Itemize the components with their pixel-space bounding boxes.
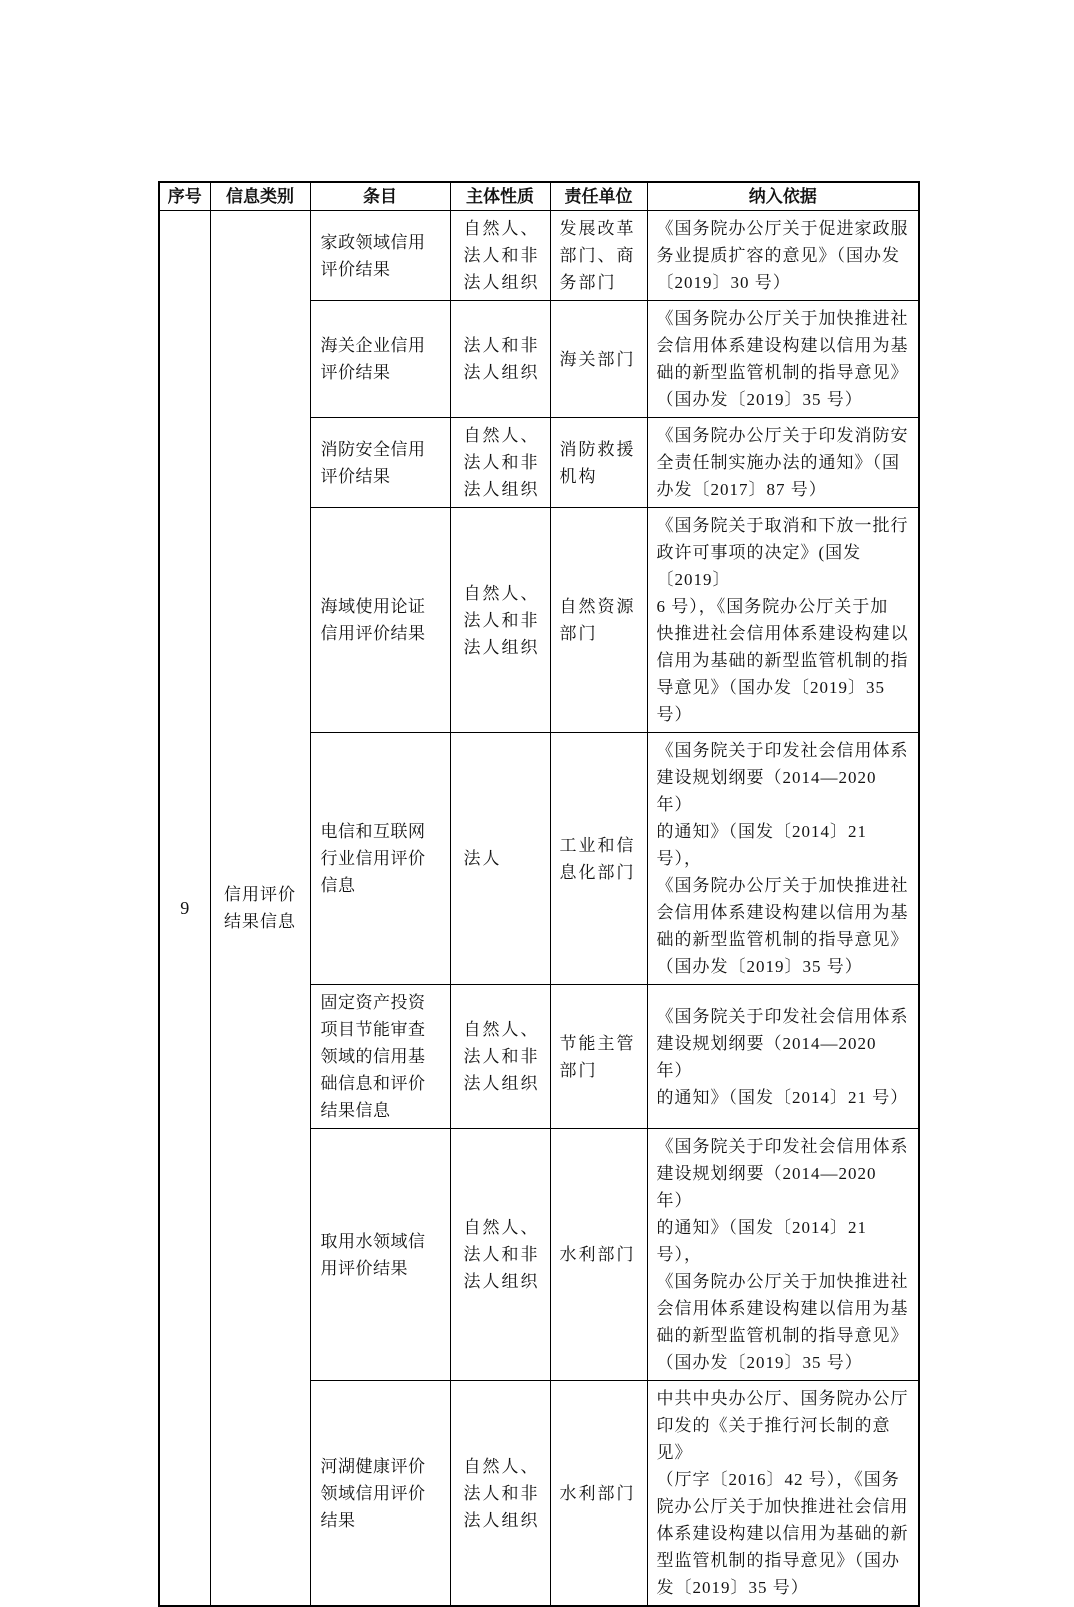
basis-cell: 《国务院关于取消和下放一批行 政许可事项的决定》(国发〔2019〕 6 号），《…: [647, 508, 919, 733]
basis-cell: 《国务院办公厅关于印发消防安 全责任制实施办法的通知》（国 办发〔2017〕87…: [647, 418, 919, 508]
basis-cell: 《国务院关于印发社会信用体系 建设规划纲要（2014—2020 年） 的通知》（…: [647, 1129, 919, 1381]
table-row: 9 信用评价 结果信息 家政领域信用 评价结果 自然人、 法人和非 法人组织 发…: [159, 211, 919, 301]
unit-cell: 水利部门: [550, 1129, 647, 1381]
item-cell: 河湖健康评价 领域信用评价 结果: [310, 1381, 450, 1607]
item-cell: 消防安全信用 评价结果: [310, 418, 450, 508]
credit-info-table-container: 序号 信息类别 条目 主体性质 责任单位 纳入依据 9 信用评价 结果信息 家政…: [158, 181, 919, 1607]
col-header-serial: 序号: [159, 182, 210, 211]
unit-cell: 节能主管 部门: [550, 985, 647, 1129]
unit-cell: 海关部门: [550, 301, 647, 418]
col-header-responsible-unit: 责任单位: [550, 182, 647, 211]
col-header-subject-type: 主体性质: [450, 182, 550, 211]
item-cell: 海关企业信用 评价结果: [310, 301, 450, 418]
table-header-row: 序号 信息类别 条目 主体性质 责任单位 纳入依据: [159, 182, 919, 211]
item-cell: 电信和互联网 行业信用评价 信息: [310, 733, 450, 985]
serial-number-cell: 9: [159, 211, 210, 1607]
col-header-category: 信息类别: [210, 182, 310, 211]
item-cell: 固定资产投资 项目节能审查 领域的信用基 础信息和评价 结果信息: [310, 985, 450, 1129]
subject-cell: 自然人、 法人和非 法人组织: [450, 508, 550, 733]
credit-info-table: 序号 信息类别 条目 主体性质 责任单位 纳入依据 9 信用评价 结果信息 家政…: [158, 181, 920, 1607]
basis-cell: 《国务院关于印发社会信用体系 建设规划纲要（2014—2020 年） 的通知》（…: [647, 733, 919, 985]
subject-cell: 自然人、 法人和非 法人组织: [450, 418, 550, 508]
unit-cell: 消防救援 机构: [550, 418, 647, 508]
item-cell: 海域使用论证 信用评价结果: [310, 508, 450, 733]
basis-cell: 《国务院办公厅关于加快推进社 会信用体系建设构建以信用为基 础的新型监管机制的指…: [647, 301, 919, 418]
subject-cell: 自然人、 法人和非 法人组织: [450, 985, 550, 1129]
basis-cell: 中共中央办公厅、国务院办公厅 印发的《关于推行河长制的意见》 （厅字〔2016〕…: [647, 1381, 919, 1607]
subject-cell: 法人: [450, 733, 550, 985]
unit-cell: 水利部门: [550, 1381, 647, 1607]
document-page: 序号 信息类别 条目 主体性质 责任单位 纳入依据 9 信用评价 结果信息 家政…: [0, 0, 1074, 1520]
basis-cell: 《国务院办公厅关于促进家政服 务业提质扩容的意见》（国办发 〔2019〕30 号…: [647, 211, 919, 301]
col-header-basis: 纳入依据: [647, 182, 919, 211]
subject-cell: 法人和非 法人组织: [450, 301, 550, 418]
subject-cell: 自然人、 法人和非 法人组织: [450, 1129, 550, 1381]
basis-cell: 《国务院关于印发社会信用体系 建设规划纲要（2014—2020 年） 的通知》（…: [647, 985, 919, 1129]
subject-cell: 自然人、 法人和非 法人组织: [450, 1381, 550, 1607]
subject-cell: 自然人、 法人和非 法人组织: [450, 211, 550, 301]
item-cell: 家政领域信用 评价结果: [310, 211, 450, 301]
unit-cell: 发展改革 部门、商 务部门: [550, 211, 647, 301]
category-cell: 信用评价 结果信息: [210, 211, 310, 1607]
unit-cell: 自然资源 部门: [550, 508, 647, 733]
col-header-item: 条目: [310, 182, 450, 211]
unit-cell: 工业和信 息化部门: [550, 733, 647, 985]
item-cell: 取用水领域信 用评价结果: [310, 1129, 450, 1381]
